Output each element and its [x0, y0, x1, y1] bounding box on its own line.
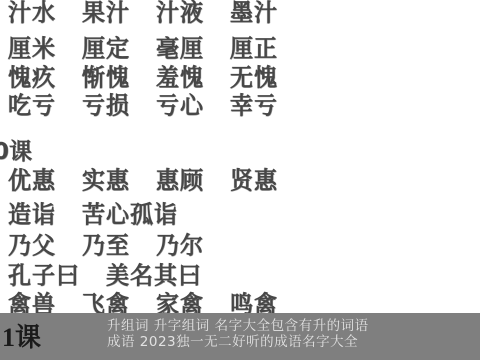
word-row-4: 吃亏 亏损 亏心 幸亏 — [8, 87, 278, 120]
footer-caption: 升组词 升字组词 名字大全包含有升的词语 成语 2023独一无二好听的成语名字大… — [107, 319, 369, 350]
word-row-6: 造诣 苦心孤诣 — [8, 196, 178, 229]
word: 果汁 — [82, 0, 130, 28]
word: 幸亏 — [230, 86, 278, 120]
word: 优惠 — [8, 161, 56, 195]
word: 实惠 — [82, 161, 130, 195]
word-row-5: 优惠 实惠 惠顾 贤惠 — [8, 162, 278, 195]
word: 汁水 — [8, 0, 56, 28]
footer-caption-line-2: 成语 2023独一无二好听的成语名字大全 — [107, 335, 369, 351]
word: 汁液 — [156, 0, 204, 28]
word: 惠顾 — [156, 161, 204, 195]
word: 亏心 — [156, 86, 204, 120]
word: 造诣 — [8, 195, 56, 229]
footer-caption-line-1: 升组词 升字组词 名字大全包含有升的词语 — [107, 319, 369, 335]
word: 吃亏 — [8, 86, 56, 120]
word-list-page: 汁水 果汁 汁液 墨汁 厘米 厘定 毫厘 厘正 愧疚 惭愧 羞愧 无愧 吃亏 亏… — [0, 0, 480, 360]
footer-caption-bar: 升组词 升字组词 名字大全包含有升的词语 成语 2023独一无二好听的成语名字大… — [0, 313, 480, 360]
lesson-number-label: 1课 — [2, 325, 41, 351]
word-row-1: 汁水 果汁 汁液 墨汁 — [8, 0, 278, 27]
word: 亏损 — [82, 86, 130, 120]
word-row-7: 乃父 乃至 乃尔 — [8, 227, 204, 260]
word: 贤惠 — [230, 161, 278, 195]
word: 苦心孤诣 — [82, 195, 178, 229]
word: 墨汁 — [230, 0, 278, 28]
